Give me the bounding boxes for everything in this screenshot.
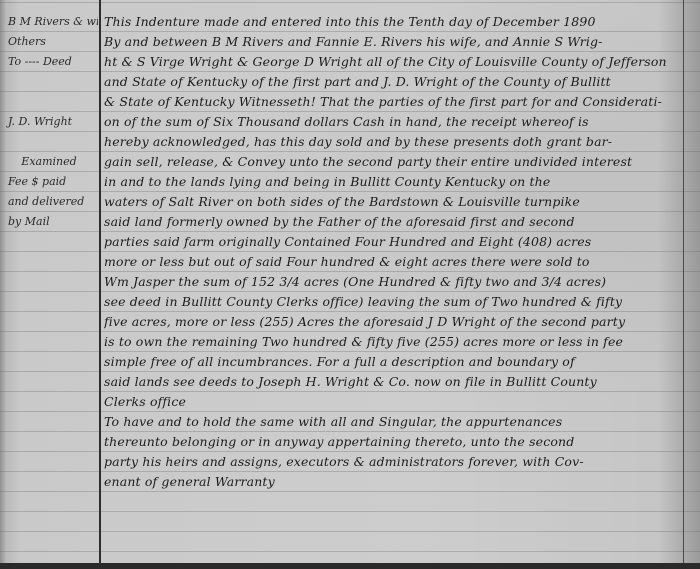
margin-note xyxy=(0,72,98,92)
margin-note-grantee: J. D. Wright xyxy=(0,112,98,132)
deed-line: and State of Kentucky of the first part … xyxy=(104,72,682,92)
deed-line: gain sell, release, & Convey unto the se… xyxy=(104,152,682,172)
deed-line: enant of general Warranty xyxy=(104,472,682,492)
deed-line: This Indenture made and entered into thi… xyxy=(104,12,682,32)
deed-line: By and between B M Rivers and Fannie E. … xyxy=(104,32,682,52)
deed-line: waters of Salt River on both sides of th… xyxy=(104,192,682,212)
deed-line: on of the sum of Six Thousand dollars Ca… xyxy=(104,112,682,132)
deed-line: more or less but out of said Four hundre… xyxy=(104,252,682,272)
margin-note: B M Rivers & wife xyxy=(0,12,98,32)
margin-note: and delivered xyxy=(0,192,98,212)
deed-line: & State of Kentucky Witnesseth! That the… xyxy=(104,92,682,112)
right-margin-line xyxy=(683,0,684,569)
deed-line: hereby acknowledged, has this day sold a… xyxy=(104,132,682,152)
margin-note: Examined xyxy=(0,152,98,172)
deed-line: parties said farm originally Contained F… xyxy=(104,232,682,252)
deed-line: see deed in Bullitt County Clerks office… xyxy=(104,292,682,312)
deed-line: ht & S Virge Wright & George D Wright al… xyxy=(104,52,682,72)
deed-line: said land formerly owned by the Father o… xyxy=(104,212,682,232)
margin-column: B M Rivers & wife Others To ---- Deed J.… xyxy=(0,12,98,232)
margin-note xyxy=(0,92,98,112)
margin-note: Fee $ paid xyxy=(0,172,98,192)
deed-line: in and to the lands lying and being in B… xyxy=(104,172,682,192)
deed-line: party his heirs and assigns, executors &… xyxy=(104,452,682,472)
deed-line: five acres, more or less (255) Acres the… xyxy=(104,312,682,332)
deed-line: said lands see deeds to Joseph H. Wright… xyxy=(104,372,682,392)
deed-line: To have and to hold the same with all an… xyxy=(104,412,682,432)
margin-divider-line xyxy=(99,0,101,569)
page-bottom-edge xyxy=(0,563,700,569)
margin-note: by Mail xyxy=(0,212,98,232)
deed-line: thereunto belonging or in anyway apperta… xyxy=(104,432,682,452)
deed-line: simple free of all incumbrances. For a f… xyxy=(104,352,682,372)
deed-line: Wm Jasper the sum of 152 3/4 acres (One … xyxy=(104,272,682,292)
deed-line: is to own the remaining Two hundred & fi… xyxy=(104,332,682,352)
deed-body: This Indenture made and entered into thi… xyxy=(104,12,682,492)
margin-note: Others xyxy=(0,32,98,52)
ledger-page: B M Rivers & wife Others To ---- Deed J.… xyxy=(0,0,700,569)
margin-note: To ---- Deed xyxy=(0,52,98,72)
margin-note xyxy=(0,132,98,152)
deed-line: Clerks office xyxy=(104,392,682,412)
